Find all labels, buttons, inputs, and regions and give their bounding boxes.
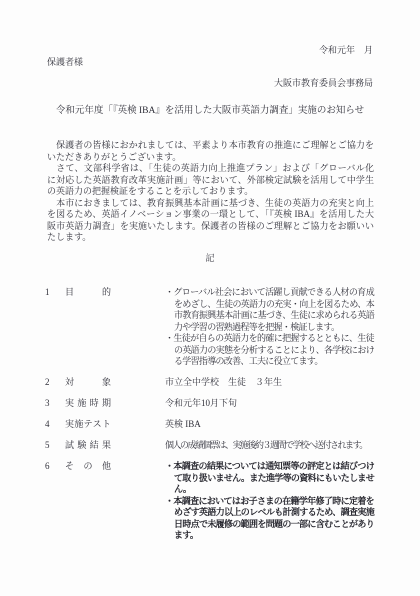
purpose-bullet: ・グローバル社会において活躍し貢献できる人材の育成をめざし、生徒の英語力の充実・…	[165, 287, 374, 333]
item-number: 1	[45, 287, 65, 368]
other-note-bullet: ・本調査の結果については通知票等の評定とは結びつけて取り扱いません。また進学等の…	[165, 461, 374, 496]
item-label-cell: 実施時期	[65, 398, 165, 410]
item-content: ・本調査の結果については通知票等の評定とは結びつけて取り扱いません。また進学等の…	[165, 461, 374, 542]
item-label: 目的	[65, 287, 111, 299]
item-label-cell: 対象	[65, 377, 165, 389]
document-title: 令和元年度「『英検 IBA』を活用した大阪市英語力調査」実施のお知らせ	[20, 106, 400, 118]
item-label-cell: 実施テスト	[65, 419, 165, 431]
test-name-text: 英検 IBA	[165, 419, 374, 431]
addressee: 保護者様	[47, 57, 83, 69]
item-content: 市立全中学校 生徒 ３年生	[165, 377, 374, 389]
schedule-text: 令和元年10月下旬	[165, 398, 374, 410]
list-item-test: 4 実施テスト 英検 IBA	[45, 419, 374, 431]
item-number: 5	[45, 440, 65, 452]
item-number: 3	[45, 398, 65, 410]
item-content: 令和元年10月下旬	[165, 398, 374, 410]
item-number: 2	[45, 377, 65, 389]
list-item-target: 2 対象 市立全中学校 生徒 ３年生	[45, 377, 374, 389]
item-label-cell: 試験結果	[65, 440, 165, 452]
list-item-schedule: 3 実施時期 令和元年10月下旬	[45, 398, 374, 410]
document-page: 令和元年 月 保護者様 大阪市教育委員会事務局 令和元年度「『英検 IBA』を活…	[0, 0, 420, 596]
detail-list: 1 目的 ・グローバル社会において活躍し貢献できる人材の育成をめざし、生徒の英語…	[45, 287, 374, 551]
list-item-purpose: 1 目的 ・グローバル社会において活躍し貢献できる人材の育成をめざし、生徒の英語…	[45, 287, 374, 368]
list-item-other: 6 その他 ・本調査の結果については通知票等の評定とは結びつけて取り扱いません。…	[45, 461, 374, 542]
item-label: 対象	[65, 377, 111, 389]
item-content: 個人の成績個票は、実施後約３週間で学校へ送付されます。	[165, 440, 374, 452]
body-paragraphs: 保護者の皆様におかれましては、平素より本市教育の推進にご理解とご協力をいただきあ…	[47, 140, 374, 244]
item-label: 試験結果	[65, 440, 111, 452]
sender-organization: 大阪市教育委員会事務局	[47, 78, 373, 90]
paragraph-background: さて、文部科学省は、「生徒の英語力向上推進プラン」および「グローバル化に対応した…	[47, 163, 374, 198]
item-label-cell: 目的	[65, 287, 165, 368]
item-label: その他	[65, 461, 111, 473]
item-label: 実施時期	[65, 398, 111, 410]
item-number: 4	[45, 419, 65, 431]
item-content: 英検 IBA	[165, 419, 374, 431]
results-text: 個人の成績個票は、実施後約３週間で学校へ送付されます。	[165, 440, 374, 452]
item-number: 6	[45, 461, 65, 542]
other-note-bullet: ・本調査においてはお子さまの在籍学年修了時に定着をめざす英語力以上のレベルも計測…	[165, 496, 374, 542]
notation-marker: 記	[0, 253, 420, 265]
item-content: ・グローバル社会において活躍し貢献できる人材の育成をめざし、生徒の英語力の充実・…	[165, 287, 374, 368]
item-label-cell: その他	[65, 461, 165, 542]
purpose-bullet: ・生徒が自らの英語力を的確に把握するとともに、生徒の英語力の実態を分析することに…	[165, 333, 374, 368]
date-line: 令和元年 月	[47, 45, 373, 57]
paragraph-announcement: 本市におきましては、教育振興基本計画に基づき、生徒の英語力の充実と向上を図るため…	[47, 198, 374, 244]
list-item-results: 5 試験結果 個人の成績個票は、実施後約３週間で学校へ送付されます。	[45, 440, 374, 452]
item-label: 実施テスト	[65, 419, 111, 431]
target-text: 市立全中学校 生徒 ３年生	[165, 377, 374, 389]
paragraph-greeting: 保護者の皆様におかれましては、平素より本市教育の推進にご理解とご協力をいただきあ…	[47, 140, 374, 163]
